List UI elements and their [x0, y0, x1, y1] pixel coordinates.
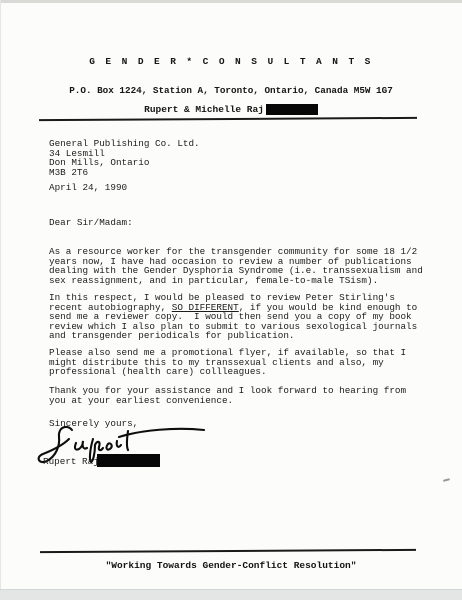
scan-edge-bottom [0, 589, 462, 600]
letter-page: G E N D E R * C O N S U L T A N T S P.O.… [0, 0, 462, 600]
stray-pen-mark [443, 478, 450, 482]
redaction-bar-header [266, 104, 318, 115]
footer-rule [40, 549, 416, 553]
letterhead-contact-names: Rupert & Michelle Raj [144, 104, 264, 115]
salutation: Dear Sir/Madam: [49, 218, 133, 228]
letterhead-org-name: G E N D E R * C O N S U L T A N T S [0, 56, 462, 67]
date-line: April 24, 1990 [49, 183, 127, 193]
scan-edge-top [0, 0, 462, 3]
letterhead-rule [39, 117, 417, 121]
letterhead-contacts-row: Rupert & Michelle Raj [0, 104, 462, 115]
body-paragraph-3: Please also send me a promotional flyer,… [49, 348, 431, 377]
body-paragraph-1: As a resource worker for the transgender… [49, 247, 431, 285]
body-paragraph-4: Thank you for your assistance and I look… [49, 386, 431, 405]
redaction-bar-signature [97, 454, 160, 467]
letterhead-address: P.O. Box 1224, Station A, Toronto, Ontar… [0, 85, 462, 96]
recipient-address-block: General Publishing Co. Ltd. 34 Lesmill D… [49, 139, 200, 177]
typed-signature-name: Rupert Raj [43, 457, 99, 467]
footer-slogan: "Working Towards Gender-Conflict Resolut… [0, 560, 462, 571]
body-paragraph-2: In this respect, I would be pleased to r… [49, 293, 431, 341]
recipient-line: M3B 2T6 [49, 168, 200, 178]
